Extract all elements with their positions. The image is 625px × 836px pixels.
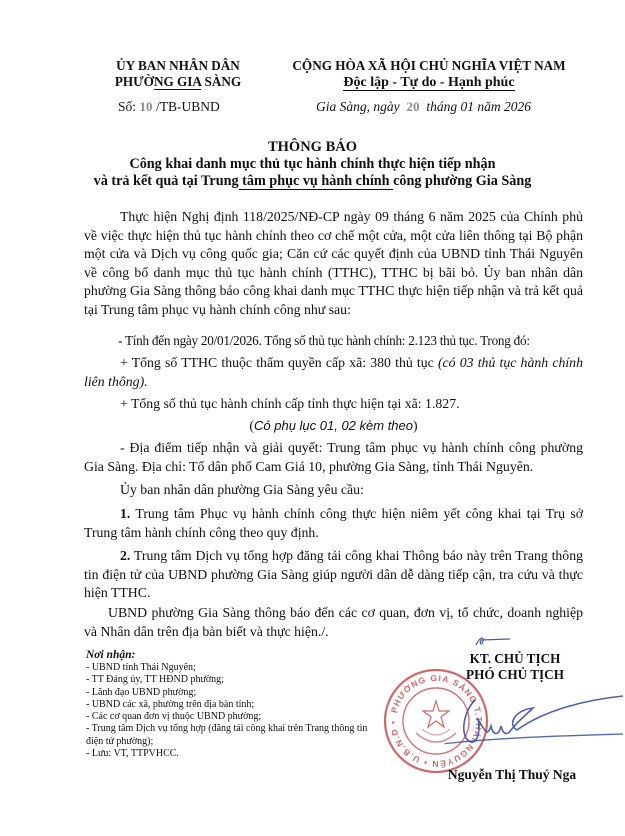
subject-part-underlined: tâm phục vụ hành chính xyxy=(239,173,394,190)
date-suffix: tháng 01 năm 2026 xyxy=(423,99,531,114)
country-name: CỘNG HÒA XÃ HỘI CHỦ NGHĨA VIỆT NAM xyxy=(264,58,594,74)
location-paragraph: - Địa điểm tiếp nhận và giải quyết: Trun… xyxy=(84,439,583,476)
document-number: Số:10/TB-UBND xyxy=(118,99,220,115)
subject-part: công phường Gia Sàng xyxy=(393,173,531,189)
appendix-text: Có phụ lục 01, 02 kèm theo xyxy=(254,418,413,433)
doc-number-suffix: /TB-UBND xyxy=(156,99,220,114)
doc-number-value: 10 xyxy=(136,99,156,115)
appendix-note: (Có phụ lục 01, 02 kèm theo) xyxy=(84,417,583,436)
document-type: THÔNG BÁO xyxy=(60,139,565,156)
recipient-item: - Trung tâm Dịch vụ tổng hợp (đăng tải c… xyxy=(86,723,371,748)
doc-number-label: Số: xyxy=(118,99,136,114)
recipient-item: - Lãnh đạo UBND phường; xyxy=(86,687,371,699)
subject-line-1: Công khai danh mục thủ tục hành chính th… xyxy=(60,156,565,173)
national-motto: Độc lập - Tự do - Hạnh phúc xyxy=(343,75,514,91)
stat-2: + Tổng số thủ tục hành chính cấp tỉnh th… xyxy=(84,395,583,414)
paren-close: ) xyxy=(413,418,418,433)
request-2: 2. Trung tâm Dịch vụ tổng hợp đăng tải c… xyxy=(84,547,583,603)
stats-intro: - Tính đến ngày 20/01/2026. Tổng số thủ … xyxy=(84,332,583,351)
request-text: Trung tâm Phục vụ hành chính công thực h… xyxy=(84,506,583,540)
body-intro: Thực hiện Nghị định 118/2025/NĐ-CP ngày … xyxy=(84,208,583,320)
signature-on-behalf: KT. CHỦ TỊCH xyxy=(420,651,610,667)
intro-paragraph: Thực hiện Nghị định 118/2025/NĐ-CP ngày … xyxy=(84,208,583,320)
request-1: 1. Trung tâm Phục vụ hành chính công thự… xyxy=(84,505,583,542)
agency-line-2: PHƯỜNG GIA SÀNG xyxy=(88,74,268,90)
agency-line-2-part: SÀNG xyxy=(201,74,241,89)
recipient-item: - UBND các xã, phường trên địa bàn tỉnh; xyxy=(86,699,371,711)
recipient-item: - UBND tỉnh Thái Nguyên; xyxy=(86,662,371,674)
recipient-item: - Các cơ quan đơn vị thuộc UBND phường; xyxy=(86,711,371,723)
stat-1-text: + Tổng số TTHC thuộc thẩm quyền cấp xã: … xyxy=(120,355,438,370)
signature-icon xyxy=(445,690,625,760)
signature-position: PHÓ CHỦ TỊCH xyxy=(420,667,610,683)
request-text: Trung tâm Dịch vụ tổng hợp đăng tải công… xyxy=(84,548,583,600)
agency-line-2-part: PHƯỜ xyxy=(115,74,154,89)
date-prefix: Gia Sàng, ngày xyxy=(316,99,403,114)
stat-1: + Tổng số TTHC thuộc thẩm quyền cấp xã: … xyxy=(84,354,583,391)
recipients-heading: Nơi nhận: xyxy=(86,649,371,662)
location-block: - Địa điểm tiếp nhận và giải quyết: Trun… xyxy=(84,439,583,476)
recipients-list: Nơi nhận: - UBND tỉnh Thái Nguyên; - TT … xyxy=(86,649,371,760)
initial-mark-icon xyxy=(474,634,514,648)
signature-block: KT. CHỦ TỊCH PHÓ CHỦ TỊCH xyxy=(420,651,610,683)
issuing-agency: ỦY BAN NHÂN DÂN PHƯỜNG GIA SÀNG xyxy=(88,58,268,90)
subject-part: và trả kết quả tại Trung xyxy=(94,173,239,189)
stats-block: - Tính đến ngày 20/01/2026. Tổng số thủ … xyxy=(84,332,583,351)
signer-name: Nguyễn Thị Thuý Nga xyxy=(412,767,612,783)
recipient-item: - TT Đảng ủy, TT HĐND phường; xyxy=(86,674,371,686)
stat-2-text: + Tổng số thủ tục hành chính cấp tỉnh th… xyxy=(84,395,583,414)
subject-line-2: và trả kết quả tại Trung tâm phục vụ hàn… xyxy=(60,173,565,190)
agency-line-1: ỦY BAN NHÂN DÂN xyxy=(88,58,268,74)
national-header: CỘNG HÒA XÃ HỘI CHỦ NGHĨA VIỆT NAM Độc l… xyxy=(264,58,594,91)
issue-date: Gia Sàng, ngày 20 tháng 01 năm 2026 xyxy=(316,99,531,115)
request-intro-text: Ủy ban nhân dân phường Gia Sàng yêu cầu: xyxy=(84,481,583,500)
request-number: 2. xyxy=(120,548,130,563)
document-title: THÔNG BÁO Công khai danh mục thủ tục hàn… xyxy=(60,139,565,190)
recipient-item: - Lưu: VT, TTPVHCC. xyxy=(86,748,371,760)
request-intro: Ủy ban nhân dân phường Gia Sàng yêu cầu: xyxy=(84,481,583,500)
agency-line-2-underlined: NG GIA xyxy=(154,74,201,90)
request-number: 1. xyxy=(120,506,130,521)
date-day: 20 xyxy=(403,99,423,115)
